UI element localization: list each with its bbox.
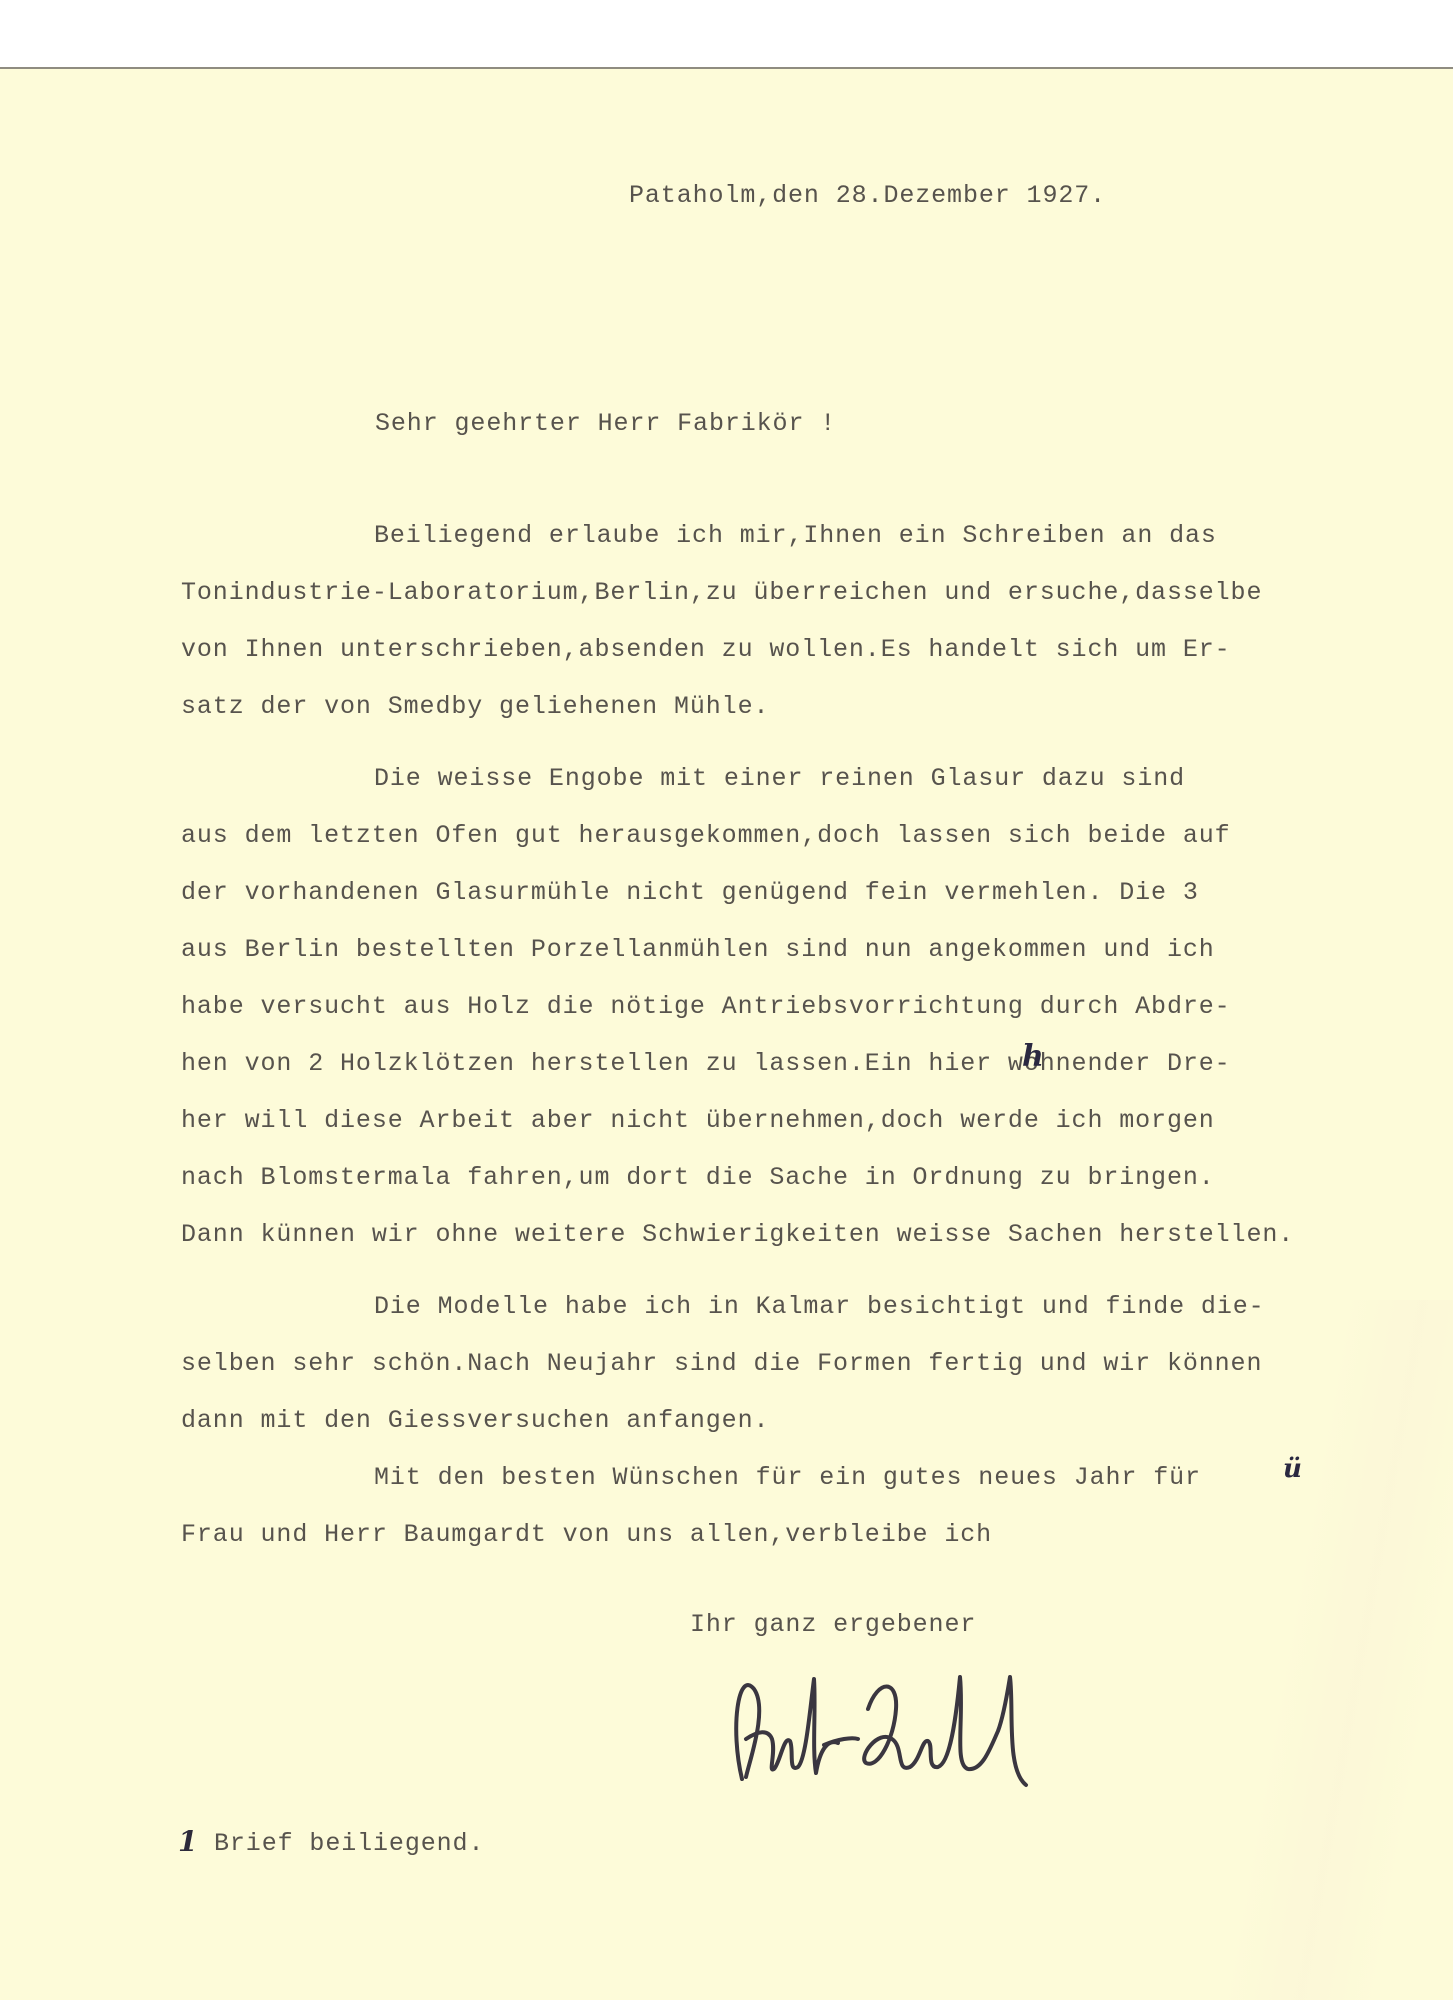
body-line: Mit den besten Wünschen für ein gutes ne… xyxy=(374,1463,1201,1493)
handwritten-u-correction: ü xyxy=(1283,1454,1302,1484)
enclosure-count: 1 xyxy=(178,1827,198,1857)
closing: Ihr ganz ergebener xyxy=(690,1610,976,1640)
body-line: aus dem letzten Ofen gut herausgekommen,… xyxy=(181,821,1231,851)
body-line: dann mit den Giessversuchen anfangen. xyxy=(181,1406,769,1436)
body-line: Dann künnen wir ohne weitere Schwierigke… xyxy=(181,1220,1294,1250)
body-line: der vorhandenen Glasurmühle nicht genüge… xyxy=(181,878,1199,908)
letter-paper: Pataholm,den 28.Dezember 1927. Sehr geeh… xyxy=(0,67,1453,2000)
salutation: Sehr geehrter Herr Fabrikör ! xyxy=(375,409,836,439)
handwritten-h-correction: h xyxy=(1022,1039,1044,1074)
body-line: selben sehr schön.Nach Neujahr sind die … xyxy=(181,1349,1262,1379)
body-line: Frau und Herr Baumgardt von uns allen,ve… xyxy=(181,1520,992,1550)
body-line: hen von 2 Holzklötzen herstellen zu lass… xyxy=(181,1049,1231,1079)
body-line: satz der von Smedby geliehenen Mühle. xyxy=(181,692,769,722)
body-line: Die weisse Engobe mit einer reinen Glasu… xyxy=(374,764,1185,794)
body-line: Tonindustrie-Laboratorium,Berlin,zu über… xyxy=(181,578,1262,608)
body-line: Beiliegend erlaube ich mir,Ihnen ein Sch… xyxy=(374,521,1217,551)
body-line: von Ihnen unterschrieben,absenden zu wol… xyxy=(181,635,1231,665)
body-line: her will diese Arbeit aber nicht überneh… xyxy=(181,1106,1215,1136)
body-line: nach Blomstermala fahren,um dort die Sac… xyxy=(181,1163,1215,1193)
signature-icon xyxy=(728,1669,1048,1799)
body-line: Die Modelle habe ich in Kalmar besichtig… xyxy=(374,1292,1265,1322)
enclosure-text: Brief beiliegend. xyxy=(214,1829,484,1859)
body-line: habe versucht aus Holz die nötige Antrie… xyxy=(181,992,1231,1022)
body-line: aus Berlin bestellten Porzellanmühlen si… xyxy=(181,935,1215,965)
place-date: Pataholm,den 28.Dezember 1927. xyxy=(629,181,1106,211)
